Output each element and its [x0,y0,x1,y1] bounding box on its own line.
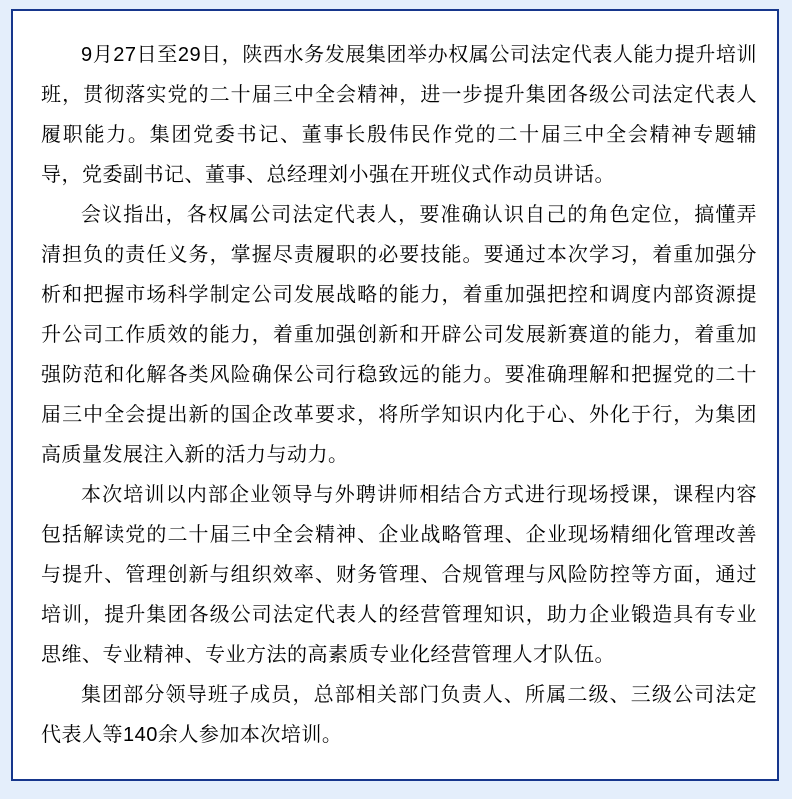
paragraph-meeting-points: 会议指出，各权属公司法定代表人，要准确认识自己的角色定位，搞懂弄清担负的责任义务… [41,195,757,475]
article-frame: 9月27日至29日，陕西水务发展集团举办权属公司法定代表人能力提升培训班，贯彻落… [11,9,779,781]
paragraph-participants: 集团部分领导班子成员，总部相关部门负责人、所属二级、三级公司法定代表人等140余… [41,675,757,755]
article-content: 9月27日至29日，陕西水务发展集团举办权属公司法定代表人能力提升培训班，贯彻落… [13,11,777,755]
paragraph-intro: 9月27日至29日，陕西水务发展集团举办权属公司法定代表人能力提升培训班，贯彻落… [41,35,757,195]
paragraph-training-content: 本次培训以内部企业领导与外聘讲师相结合方式进行现场授课，课程内容包括解读党的二十… [41,475,757,675]
